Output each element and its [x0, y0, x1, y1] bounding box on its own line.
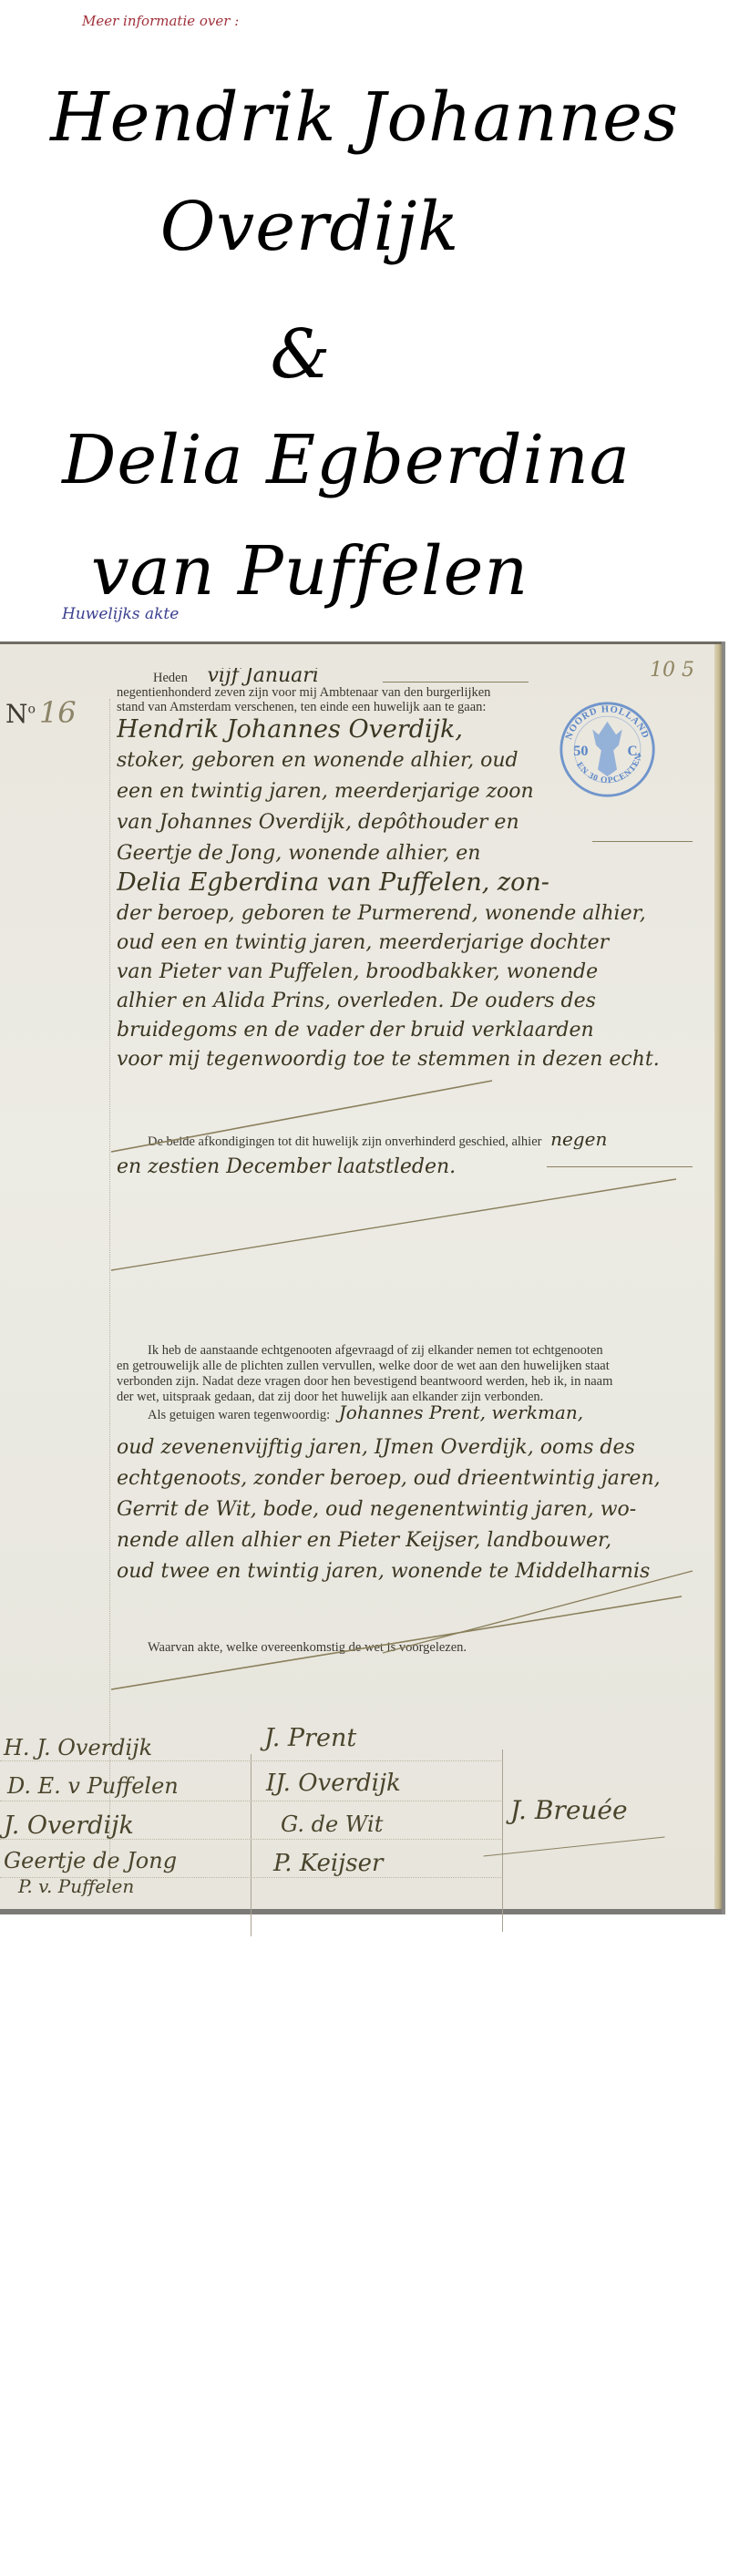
- title-groom-surname: Overdijk: [0, 193, 674, 261]
- signature-witness-4: P. Keijser: [273, 1850, 383, 1877]
- signature-witness-2: IJ. Overdijk: [266, 1770, 401, 1797]
- signature-registrar: J. Breuée: [510, 1795, 628, 1825]
- signature-groom-father: J. Overdijk: [4, 1811, 134, 1840]
- title-bride-first-names: Delia Egberdina: [0, 426, 711, 494]
- title-bride-surname: van Puffelen: [0, 538, 674, 605]
- signature-witness-1: J. Prent: [264, 1724, 356, 1752]
- signature-column-divider: [502, 1750, 503, 1932]
- title-groom-first-names: Hendrik Johannes: [0, 84, 729, 151]
- signature-column-divider: [251, 1754, 252, 1936]
- signature-area: H. J. Overdijk D. E. v Puffelen J. Overd…: [0, 1722, 722, 1904]
- title-ampersand: &: [0, 321, 665, 388]
- signature-row-rule: [0, 1801, 501, 1801]
- signature-witness-3: G. de Wit: [281, 1811, 383, 1837]
- signature-bride: D. E. v Puffelen: [7, 1773, 179, 1799]
- document-subtitle: Huwelijks akte: [62, 605, 179, 623]
- signature-row-rule: [0, 1760, 501, 1761]
- signature-bride-father: P. v. Puffelen: [18, 1875, 134, 1897]
- signature-groom-mother: Geertje de Jong: [4, 1848, 177, 1873]
- signature-groom: H. J. Overdijk: [4, 1735, 152, 1760]
- intro-text: Meer informatie over :: [82, 13, 239, 29]
- registrar-flourish: [483, 1837, 664, 1857]
